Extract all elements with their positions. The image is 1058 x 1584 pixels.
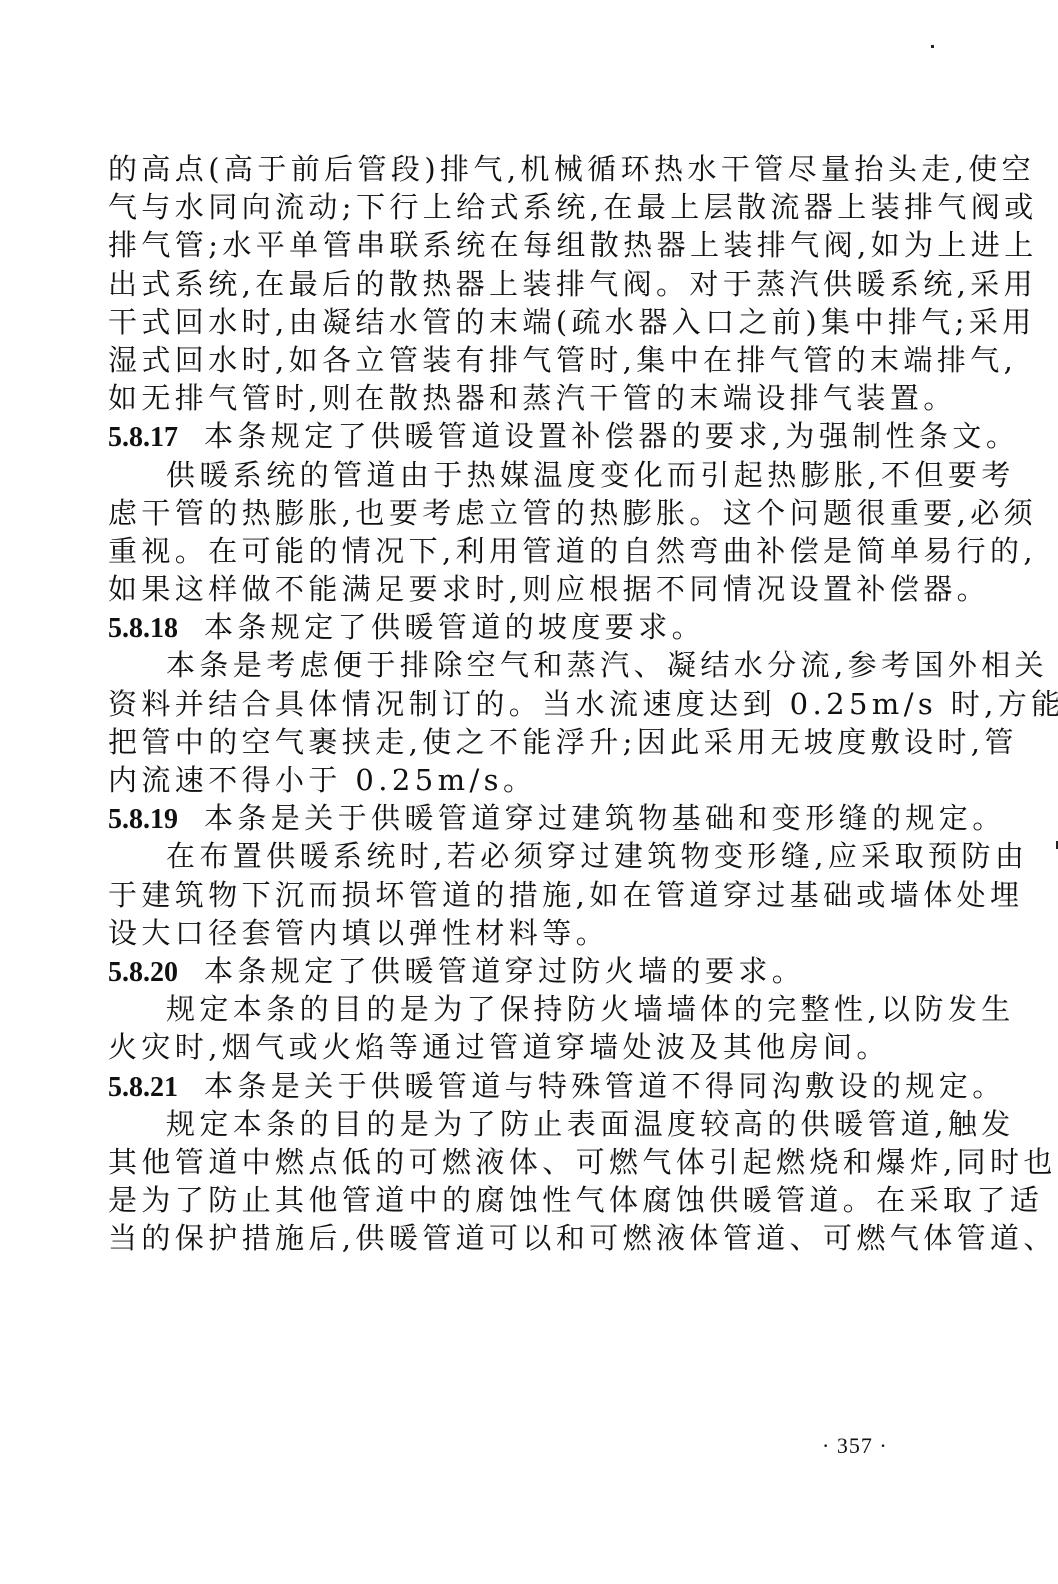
text-line: 排气管;水平单管串联系统在每组散热器上装排气阀,如为上进上 [108, 226, 920, 264]
clause-heading: 5.8.18本条规定了供暖管道的坡度要求。 [108, 608, 920, 646]
text-line: 如果这样做不能满足要求时,则应根据不同情况设置补偿器。 [108, 570, 920, 608]
text-line: 湿式回水时,如各立管装有排气管时,集中在排气管的末端排气, [108, 341, 920, 379]
clause-title: 本条是关于供暖管道穿过建筑物基础和变形缝的规定。 [204, 801, 1006, 835]
text-line: 在布置供暖系统时,若必须穿过建筑物变形缝,应采取预防由 [108, 837, 920, 875]
clause-title: 本条规定了供暖管道穿过防火墙的要求。 [204, 954, 805, 988]
document-page: 的高点(高于前后管段)排气,机械循环热水干管尽量抬头走,使空 气与水同向流动;下… [0, 0, 1058, 1584]
text-line: 于建筑物下沉而损坏管道的措施,如在管道穿过基础或墙体处埋 [108, 876, 920, 914]
clause-title: 本条是关于供暖管道与特殊管道不得同沟敷设的规定。 [204, 1069, 1006, 1103]
text-line: 设大口径套管内填以弹性材料等。 [108, 914, 920, 952]
clause-heading: 5.8.21本条是关于供暖管道与特殊管道不得同沟敷设的规定。 [108, 1067, 920, 1105]
clause-number: 5.8.19 [108, 804, 178, 835]
scan-speck [931, 45, 934, 48]
text-line: 当的保护措施后,供暖管道可以和可燃液体管道、可燃气体管道、 [108, 1219, 920, 1257]
text-line: 规定本条的目的是为了防止表面温度较高的供暖管道,触发 [108, 1105, 920, 1143]
text-line: 虑干管的热膨胀,也要考虑立管的热膨胀。这个问题很重要,必须 [108, 494, 920, 532]
text-line: 本条是考虑便于排除空气和蒸汽、凝结水分流,参考国外相关 [108, 646, 920, 684]
text-line: 规定本条的目的是为了保持防火墙墙体的完整性,以防发生 [108, 990, 920, 1028]
text-line: 火灾时,烟气或火焰等通过管道穿墙处波及其他房间。 [108, 1028, 920, 1066]
text-line: 内流速不得小于 0.25m/s。 [108, 761, 920, 799]
clause-number: 5.8.17 [108, 422, 178, 453]
clause-title: 本条规定了供暖管道的坡度要求。 [204, 610, 705, 644]
clause-heading: 5.8.17本条规定了供暖管道设置补偿器的要求,为强制性条文。 [108, 417, 920, 455]
clause-number: 5.8.18 [108, 613, 178, 644]
clause-number: 5.8.20 [108, 957, 178, 988]
text-line: 资料并结合具体情况制订的。当水流速度达到 0.25m/s 时,方能 [108, 685, 920, 723]
body-text: 的高点(高于前后管段)排气,机械循环热水干管尽量抬头走,使空 气与水同向流动;下… [108, 150, 920, 1257]
page-number: · 357 · [822, 1433, 888, 1459]
text-line: 气与水同向流动;下行上给式系统,在最上层散流器上装排气阀或 [108, 188, 920, 226]
text-line: 把管中的空气裹挟走,使之不能浮升;因此采用无坡度敷设时,管 [108, 723, 920, 761]
text-line: 供暖系统的管道由于热媒温度变化而引起热膨胀,不但要考 [108, 456, 920, 494]
text-line: 是为了防止其他管道中的腐蚀性气体腐蚀供暖管道。在采取了适 [108, 1181, 920, 1219]
text-line: 的高点(高于前后管段)排气,机械循环热水干管尽量抬头走,使空 [108, 150, 920, 188]
text-line: 其他管道中燃点低的可燃液体、可燃气体引起燃烧和爆炸,同时也 [108, 1143, 920, 1181]
clause-title: 本条规定了供暖管道设置补偿器的要求,为强制性条文。 [204, 419, 1019, 453]
text-line: 出式系统,在最后的散热器上装排气阀。对于蒸汽供暖系统,采用 [108, 265, 920, 303]
clause-number: 5.8.21 [108, 1072, 178, 1103]
text-line: 如无排气管时,则在散热器和蒸汽干管的末端设排气装置。 [108, 379, 920, 417]
text-line: 重视。在可能的情况下,利用管道的自然弯曲补偿是简单易行的, [108, 532, 920, 570]
text-line: 干式回水时,由凝结水管的末端(疏水器入口之前)集中排气;采用 [108, 303, 920, 341]
clause-heading: 5.8.20本条规定了供暖管道穿过防火墙的要求。 [108, 952, 920, 990]
clause-heading: 5.8.19本条是关于供暖管道穿过建筑物基础和变形缝的规定。 [108, 799, 920, 837]
